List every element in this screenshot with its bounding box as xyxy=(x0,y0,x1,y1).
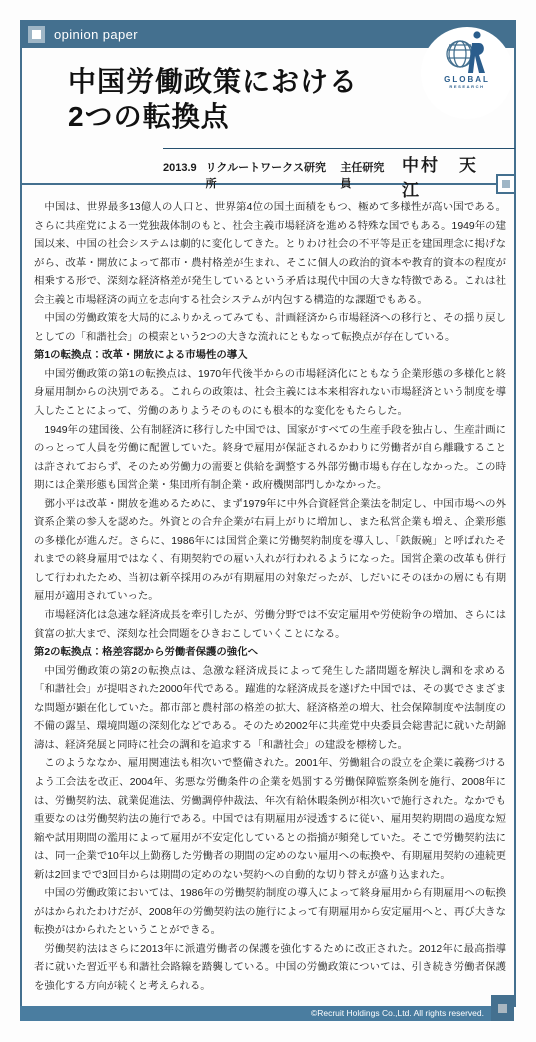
footer-bar: ©Recruit Holdings Co.,Ltd. All rights re… xyxy=(20,1006,514,1021)
paragraph: 中国労働政策の第1の転換点は、1970年代後半からの市場経済化にともなう企業形態… xyxy=(34,366,506,422)
institute-name: リクルートワークス研究所 xyxy=(206,159,332,191)
page-title-line1: 中国労働政策における xyxy=(68,64,358,99)
paragraph: 市場経済化は急速な経済成長を牽引したが、労働分野では不安定雇用や労使紛争の増加、… xyxy=(34,607,506,644)
page-title: 中国労働政策における 2つの転換点 xyxy=(68,64,358,134)
paragraph: 鄧小平は改革・開放を進めるために、まず1979年に中外合資経営企業法を制定し、中… xyxy=(34,496,506,607)
paragraph: 1949年の建国後、公有制経済に移行した中国では、国家がすべての生産手段を独占し… xyxy=(34,422,506,496)
paragraph-overview: 中国の労働政策を大局的にふりかえってみても、計画経済から市場経済への移行と、その… xyxy=(34,310,506,347)
copyright-text: ©Recruit Holdings Co.,Ltd. All rights re… xyxy=(311,1006,508,1021)
header-label: opinion paper xyxy=(54,27,138,42)
page-title-line2: 2つの転換点 xyxy=(68,99,358,134)
article-body: 中国は、世界最多13億人の人口と、世界第4位の国土面積をもつ、極めて多様性が高い… xyxy=(34,199,506,997)
paragraph: 中国の労働政策においては、1986年の労働契約制度の導入によって終身雇用から有期… xyxy=(34,885,506,941)
paragraph: 中国労働政策の第2の転換点は、急激な経済成長によって発生した諸問題を解決し調和を… xyxy=(34,663,506,756)
logo-word-research: RESEARCH xyxy=(421,84,513,89)
paragraph-conclusion: 労働契約法はさらに2013年に派遣労働者の保護を強化するために改正された。201… xyxy=(34,941,506,997)
section-heading-2: 第2の転換点：格差容認から労働者保護の強化へ xyxy=(34,644,506,663)
globe-r-icon xyxy=(441,31,493,73)
publication-date: 2013.9 xyxy=(163,162,197,174)
byline-rule xyxy=(163,148,515,149)
paragraph-intro: 中国は、世界最多13億人の人口と、世界第4位の国土面積をもつ、極めて多様性が高い… xyxy=(34,199,506,310)
author-role: 主任研究員 xyxy=(340,159,393,191)
global-research-logo: GLOBAL RESEARCH xyxy=(421,27,513,119)
rule-end-square-icon xyxy=(496,174,516,194)
header-square-icon xyxy=(28,26,45,43)
footer-square-icon xyxy=(491,995,514,1021)
section-heading-1: 第1の転換点：改革・開放による市場性の導入 xyxy=(34,347,506,366)
byline: 2013.9 リクルートワークス研究所 主任研究員 中村 天江 xyxy=(163,151,493,201)
logo-word-global: GLOBAL xyxy=(421,76,513,84)
paragraph: このようななか、雇用関連法も相次いで整備された。2001年、労働組合の設立を企業… xyxy=(34,755,506,885)
author-name: 中村 天江 xyxy=(402,151,493,201)
left-border-line xyxy=(20,47,22,1007)
